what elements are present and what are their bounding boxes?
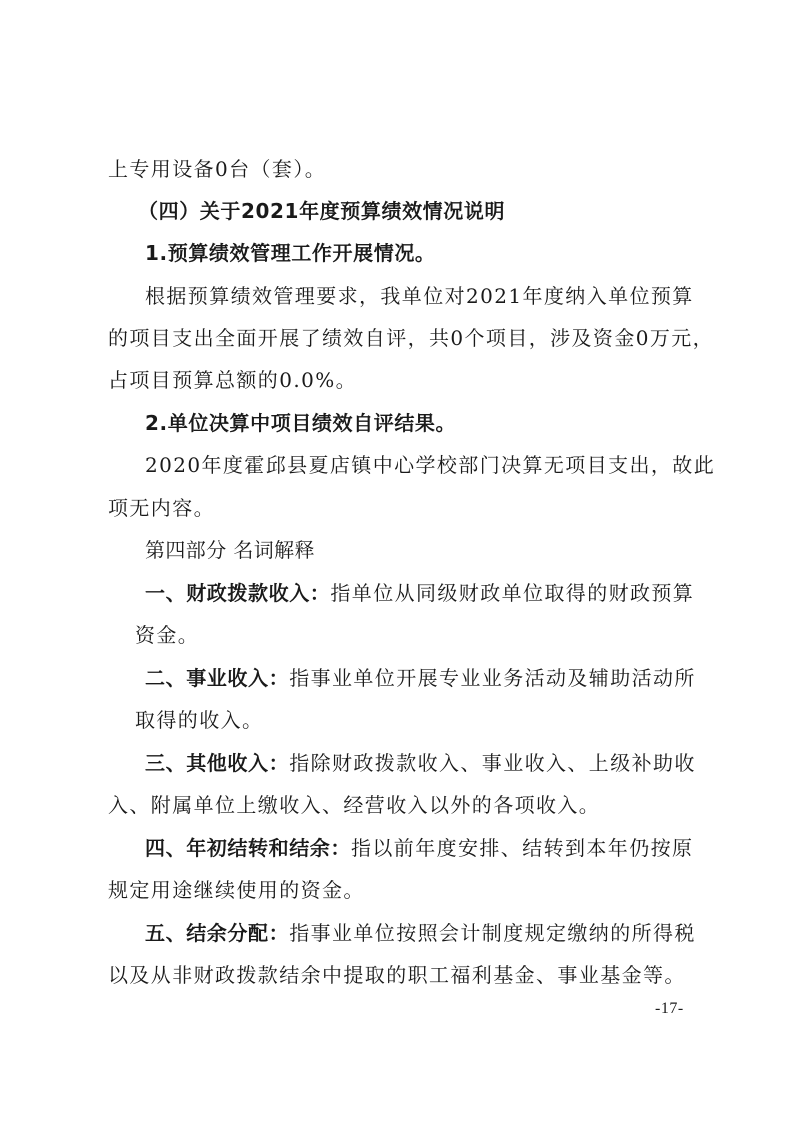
glossary-definition: 指单位从同级财政单位取得的财政预算 xyxy=(330,581,694,605)
glossary-term: 二、事业收入： xyxy=(145,666,289,690)
glossary-term: 一、财政拨款收入： xyxy=(145,581,330,605)
glossary-term: 五、结余分配： xyxy=(145,921,289,945)
glossary-entry-business-income: 二、事业收入：指事业单位开展专业业务活动及辅助活动所 xyxy=(145,666,696,690)
paragraph-line: 的项目支出全面开展了绩效自评，共0个项目，涉及资金0万元， xyxy=(108,326,714,350)
page-number: -17- xyxy=(655,1000,684,1018)
document-page: 上专用设备0台（套）。 （四）关于2021年度预算绩效情况说明 1.预算绩效管理… xyxy=(0,0,793,1122)
paragraph-line: 2020年度霍邱县夏店镇中心学校部门决算无项目支出，故此 xyxy=(145,453,715,477)
glossary-definition: 指以前年度安排、结转到本年仍按原 xyxy=(351,836,693,860)
glossary-continuation: 取得的收入。 xyxy=(135,708,263,732)
section-heading-performance: （四）关于2021年度预算绩效情况说明 xyxy=(138,199,505,223)
paragraph-line: 根据预算绩效管理要求，我单位对2021年度纳入单位预算 xyxy=(145,284,694,308)
glossary-term: 四、年初结转和结余： xyxy=(145,836,351,860)
glossary-entry-other-income: 三、其他收入：指除财政拨款收入、事业收入、上级补助收 xyxy=(145,751,696,775)
glossary-definition: 指事业单位按照会计制度规定缴纳的所得税 xyxy=(289,921,696,945)
paragraph-line-equipment-end: 上专用设备0台（套）。 xyxy=(108,157,326,181)
paragraph-line: 项无内容。 xyxy=(108,496,215,520)
subheading-performance-management: 1.预算绩效管理工作开展情况。 xyxy=(145,241,436,265)
glossary-continuation: 规定用途继续使用的资金。 xyxy=(108,878,365,902)
glossary-continuation: 以及从非财政拨款结余中提取的职工福利基金、事业基金等。 xyxy=(108,963,686,987)
glossary-entry-surplus-distribution: 五、结余分配：指事业单位按照会计制度规定缴纳的所得税 xyxy=(145,921,696,945)
glossary-entry-fiscal-appropriation: 一、财政拨款收入：指单位从同级财政单位取得的财政预算 xyxy=(145,581,694,605)
glossary-continuation: 入、附属单位上缴收入、经营收入以外的各项收入。 xyxy=(108,793,600,817)
subheading-self-evaluation-result: 2.单位决算中项目绩效自评结果。 xyxy=(145,411,456,435)
glossary-continuation: 资金。 xyxy=(135,623,199,647)
glossary-term: 三、其他收入： xyxy=(145,751,289,775)
glossary-definition: 指除财政拨款收入、事业收入、上级补助收 xyxy=(289,751,696,775)
glossary-definition: 指事业单位开展专业业务活动及辅助活动所 xyxy=(289,666,696,690)
paragraph-line: 占项目预算总额的0.0%。 xyxy=(108,368,357,392)
part-heading-glossary: 第四部分 名词解释 xyxy=(145,538,315,562)
glossary-entry-carryover-balance: 四、年初结转和结余：指以前年度安排、结转到本年仍按原 xyxy=(145,836,693,860)
